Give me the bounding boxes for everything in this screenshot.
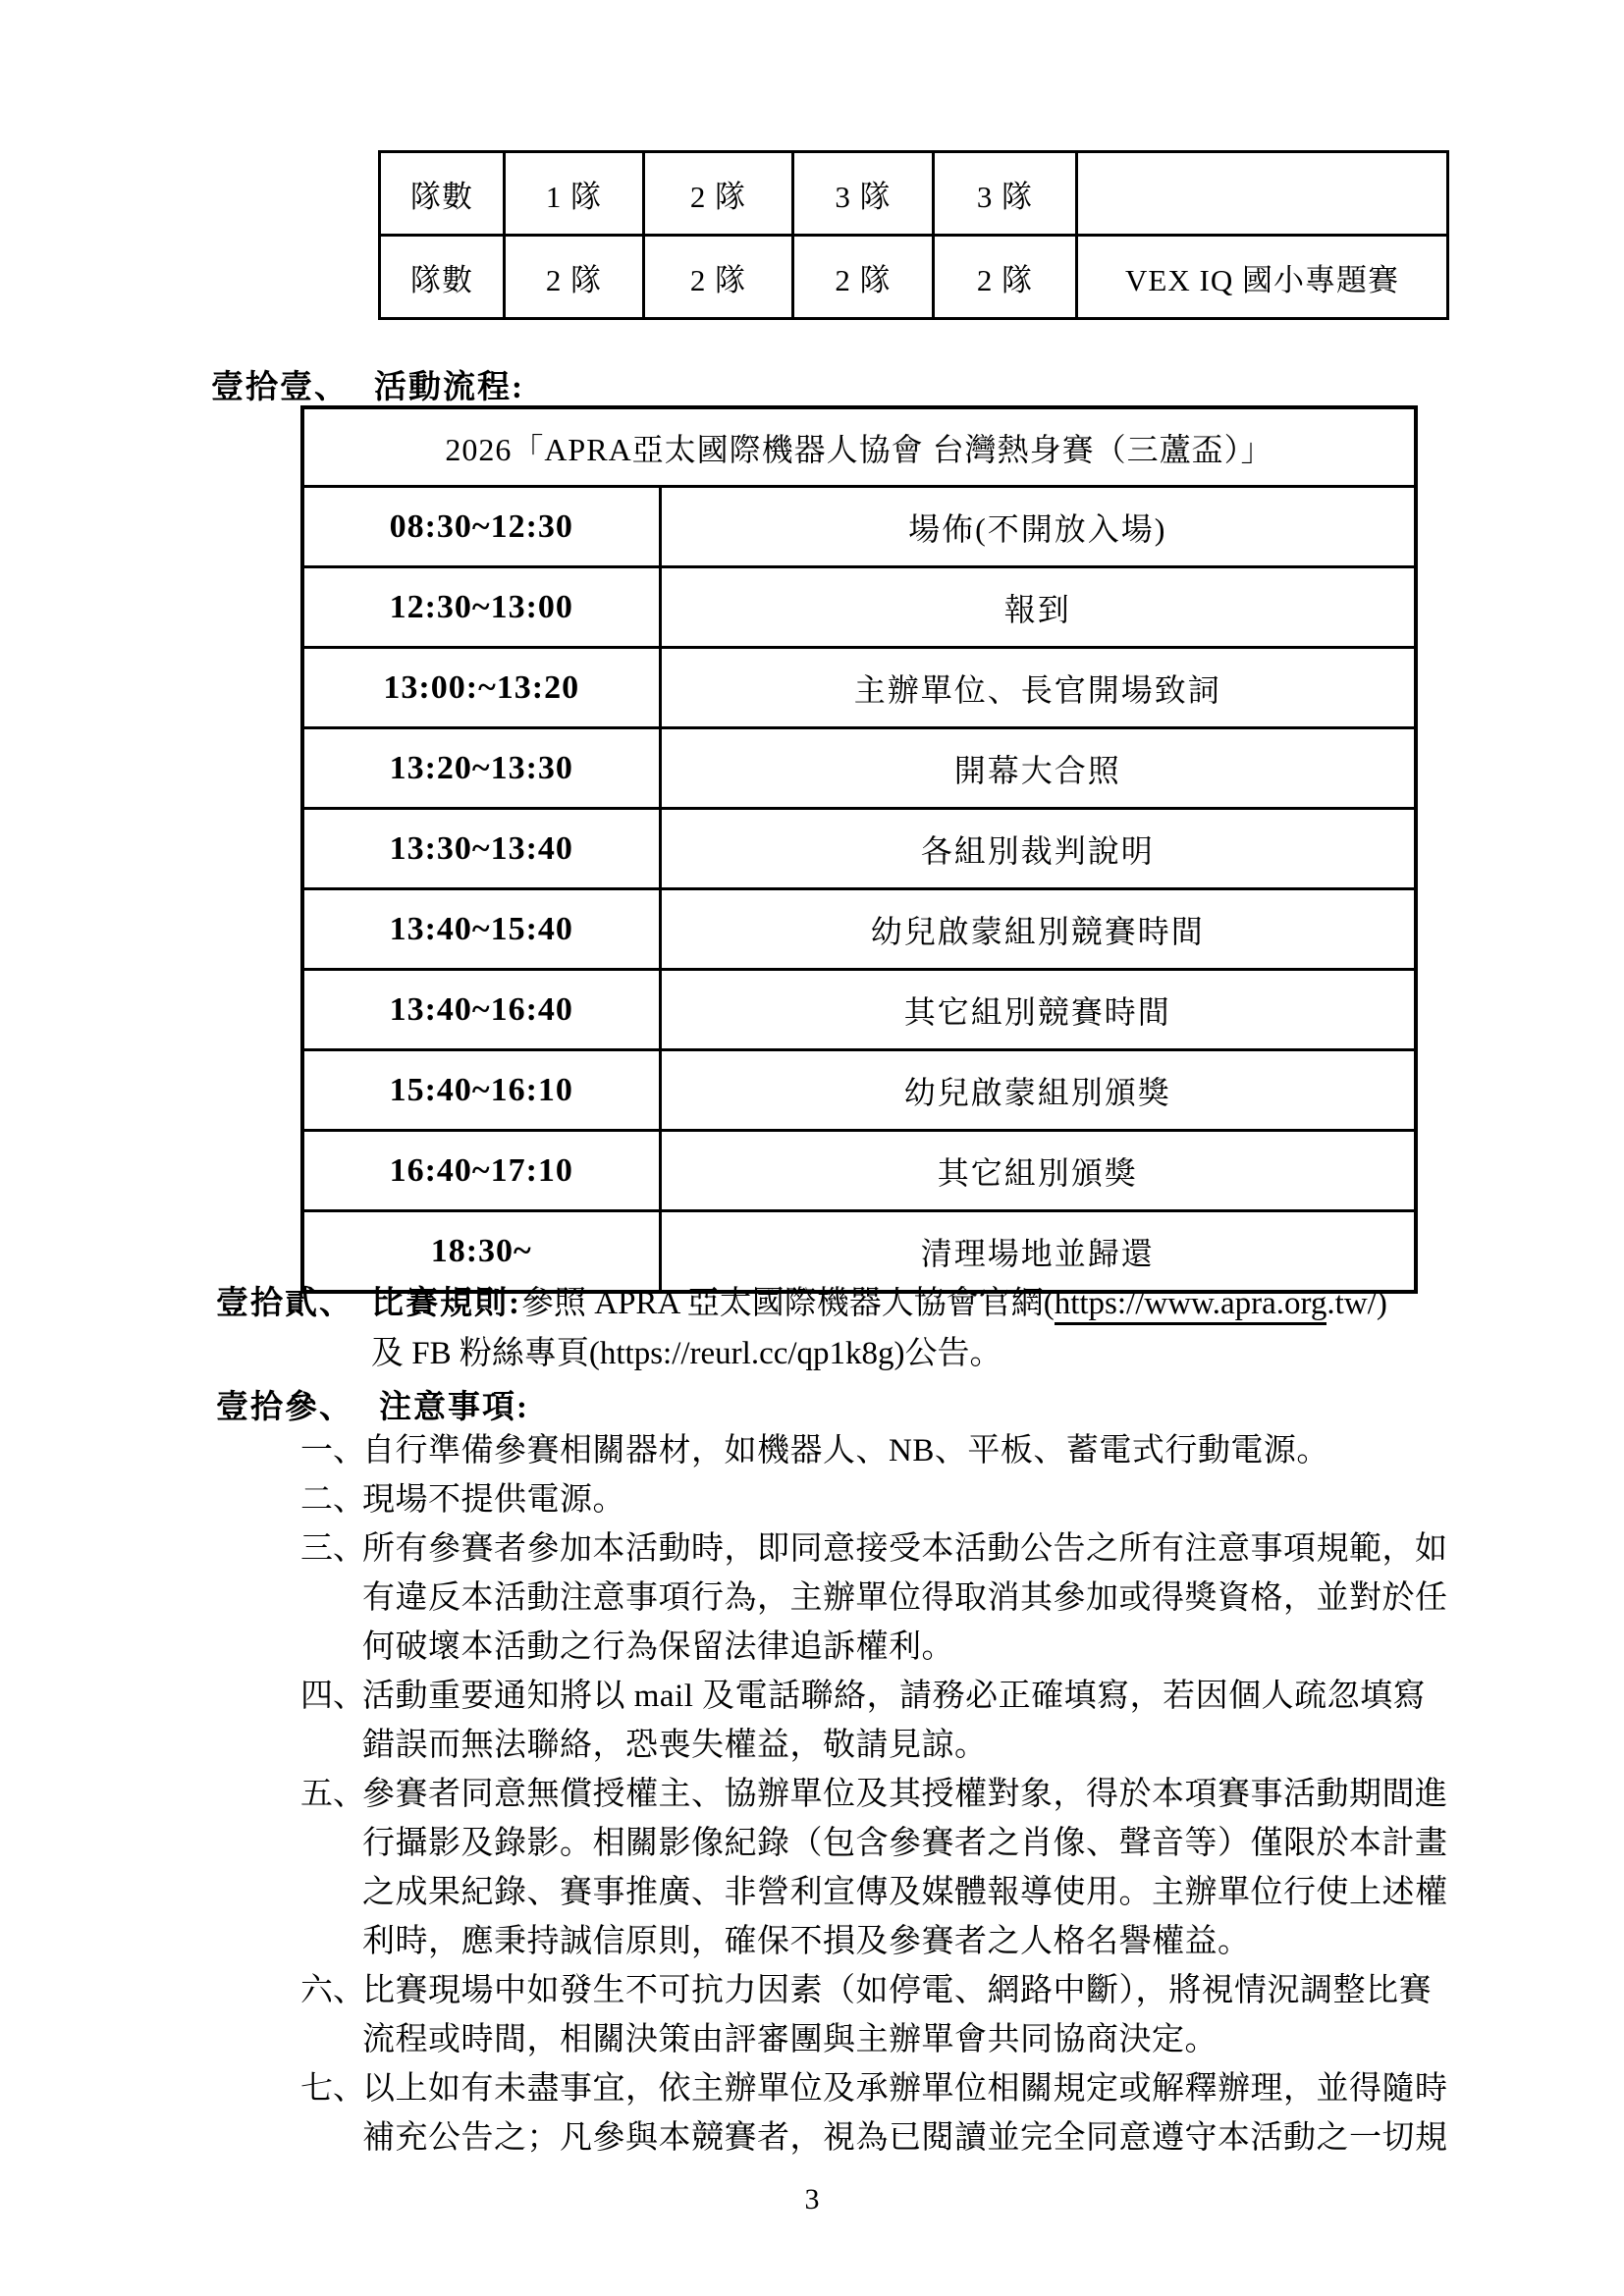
list-item: 二、 現場不提供電源。	[300, 1475, 1454, 1524]
list-item-text: 所有參賽者參加本活動時，即同意接受本活動公告之所有注意事項規範，如	[362, 1524, 1454, 1574]
time-cell: 13:20~13:30	[302, 728, 660, 809]
list-item-text: 補充公告之；凡參與本競賽者，視為已閱讀並完全同意遵守本活動之一切規	[362, 2113, 1454, 2163]
team-count-label: 隊數	[380, 236, 505, 319]
time-cell: 13:30~13:40	[302, 809, 660, 889]
list-item-text: 比賽現場中如發生不可抗力因素（如停電、網路中斷），將視情況調整比賽	[362, 1966, 1454, 2015]
team-count-cell: 2 隊	[644, 236, 793, 319]
schedule-row: 15:40~16:10 幼兒啟蒙組別頒獎	[302, 1050, 1416, 1131]
list-item-text: 之成果紀錄、賽事推廣、非營利宣傳及媒體報導使用。主辦單位行使上述權	[362, 1868, 1454, 1917]
activity-cell: 場佈(不開放入場)	[660, 487, 1416, 567]
rules-text: .tw/)	[1326, 1286, 1386, 1321]
list-item-text: 錯誤而無法聯絡，恐喪失權益，敬請見諒。	[362, 1721, 1454, 1770]
activity-cell: 各組別裁判說明	[660, 809, 1416, 889]
section-number: 壹拾貳、	[216, 1286, 353, 1321]
schedule-row: 13:20~13:30 開幕大合照	[302, 728, 1416, 809]
document-page: 隊數 1 隊 2 隊 3 隊 3 隊 隊數 2 隊 2 隊 2 隊 2 隊 VE…	[0, 0, 1624, 2296]
schedule-row: 13:40~15:40 幼兒啟蒙組別競賽時間	[302, 889, 1416, 970]
list-item-marker: 四、	[300, 1672, 362, 1721]
team-count-label: 隊數	[380, 152, 505, 236]
page-number: 3	[0, 2183, 1624, 2216]
rules-line-2: 及 FB 粉絲專頁(https://reurl.cc/qp1k8g)公告。	[216, 1329, 1492, 1379]
schedule-row: 16:40~17:10 其它組別頒獎	[302, 1131, 1416, 1211]
time-cell: 08:30~12:30	[302, 487, 660, 567]
activity-cell: 主辦單位、長官開場致詞	[660, 648, 1416, 728]
team-count-cell: 3 隊	[793, 152, 934, 236]
rules-line-1: 壹拾貳、比賽規則:參照 APRA 亞太國際機器人協會官網(https://www…	[216, 1279, 1492, 1329]
time-cell: 13:40~16:40	[302, 970, 660, 1050]
schedule-row: 13:00:~13:20 主辦單位、長官開場致詞	[302, 648, 1416, 728]
team-note-cell: VEX IQ 國小專題賽	[1077, 236, 1448, 319]
list-item: 三、 所有參賽者參加本活動時，即同意接受本活動公告之所有注意事項規範，如 有違反…	[300, 1524, 1454, 1672]
schedule-title-row: 2026「APRA亞太國際機器人協會 台灣熱身賽（三蘆盃）」	[302, 407, 1416, 487]
apra-website-link[interactable]: https://www.apra.org	[1055, 1286, 1327, 1325]
section-title: 注意事項:	[379, 1390, 529, 1425]
team-count-cell: 2 隊	[644, 152, 793, 236]
list-item-marker: 一、	[300, 1426, 362, 1475]
activity-cell: 幼兒啟蒙組別頒獎	[660, 1050, 1416, 1131]
team-note-cell	[1077, 152, 1448, 236]
team-count-cell: 2 隊	[793, 236, 934, 319]
activity-cell: 開幕大合照	[660, 728, 1416, 809]
team-count-cell: 3 隊	[934, 152, 1077, 236]
list-item: 七、 以上如有未盡事宜，依主辦單位及承辦單位相關規定或解釋辦理，並得隨時 補充公…	[300, 2064, 1454, 2163]
list-item-text: 有違反本活動注意事項行為，主辦單位得取消其參加或得獎資格，並對於任	[362, 1574, 1454, 1623]
section-heading-notes: 壹拾參、注意事項:	[216, 1381, 529, 1427]
time-cell: 13:40~15:40	[302, 889, 660, 970]
list-item-marker: 六、	[300, 1966, 362, 2015]
list-item-text: 行攝影及錄影。相關影像紀錄（包含參賽者之肖像、聲音等）僅限於本計畫	[362, 1819, 1454, 1868]
list-item-text: 流程或時間，相關決策由評審團與主辦單會共同協商決定。	[362, 2015, 1454, 2064]
section-number: 壹拾壹、	[211, 370, 349, 405]
schedule-title: 2026「APRA亞太國際機器人協會 台灣熱身賽（三蘆盃）」	[302, 407, 1416, 487]
section-title: 活動流程:	[374, 370, 524, 405]
list-item-text: 何破壞本活動之行為保留法律追訴權利。	[362, 1623, 1454, 1672]
list-item: 四、 活動重要通知將以 mail 及電話聯絡，請務必正確填寫，若因個人疏忽填寫 …	[300, 1672, 1454, 1770]
team-count-cell: 2 隊	[505, 236, 644, 319]
section-heading-activity-flow: 壹拾壹、活動流程:	[211, 361, 524, 407]
teams-table: 隊數 1 隊 2 隊 3 隊 3 隊 隊數 2 隊 2 隊 2 隊 2 隊 VE…	[378, 150, 1449, 320]
notes-list: 一、 自行準備參賽相關器材，如機器人、NB、平板、蓄電式行動電源。 二、 現場不…	[300, 1426, 1454, 2163]
activity-cell: 幼兒啟蒙組別競賽時間	[660, 889, 1416, 970]
list-item-text: 參賽者同意無償授權主、協辦單位及其授權對象，得於本項賽事活動期間進	[362, 1770, 1454, 1819]
schedule-row: 12:30~13:00 報到	[302, 567, 1416, 648]
schedule-row: 08:30~12:30 場佈(不開放入場)	[302, 487, 1416, 567]
section-title: 比賽規則:	[371, 1286, 521, 1321]
list-item-text: 利時，應秉持誠信原則，確保不損及參賽者之人格名譽權益。	[362, 1917, 1454, 1966]
teams-table-row: 隊數 1 隊 2 隊 3 隊 3 隊	[380, 152, 1448, 236]
team-count-cell: 1 隊	[505, 152, 644, 236]
list-item-marker: 三、	[300, 1524, 362, 1574]
section-number: 壹拾參、	[216, 1390, 353, 1425]
time-cell: 15:40~16:10	[302, 1050, 660, 1131]
teams-table-row: 隊數 2 隊 2 隊 2 隊 2 隊 VEX IQ 國小專題賽	[380, 236, 1448, 319]
list-item: 五、 參賽者同意無償授權主、協辦單位及其授權對象，得於本項賽事活動期間進 行攝影…	[300, 1770, 1454, 1966]
list-item-marker: 七、	[300, 2064, 362, 2113]
time-cell: 16:40~17:10	[302, 1131, 660, 1211]
team-count-cell: 2 隊	[934, 236, 1077, 319]
list-item: 六、 比賽現場中如發生不可抗力因素（如停電、網路中斷），將視情況調整比賽 流程或…	[300, 1966, 1454, 2064]
list-item: 一、 自行準備參賽相關器材，如機器人、NB、平板、蓄電式行動電源。	[300, 1426, 1454, 1475]
rules-text: 參照 APRA 亞太國際機器人協會官網(	[521, 1286, 1055, 1321]
time-cell: 12:30~13:00	[302, 567, 660, 648]
list-item-marker: 五、	[300, 1770, 362, 1819]
schedule-row: 13:40~16:40 其它組別競賽時間	[302, 970, 1416, 1050]
list-item-text: 自行準備參賽相關器材，如機器人、NB、平板、蓄電式行動電源。	[362, 1426, 1454, 1475]
activity-cell: 其它組別競賽時間	[660, 970, 1416, 1050]
list-item-marker: 二、	[300, 1475, 362, 1524]
list-item-text: 活動重要通知將以 mail 及電話聯絡，請務必正確填寫，若因個人疏忽填寫	[362, 1672, 1454, 1721]
time-cell: 13:00:~13:20	[302, 648, 660, 728]
list-item-text: 以上如有未盡事宜，依主辦單位及承辦單位相關規定或解釋辦理，並得隨時	[362, 2064, 1454, 2113]
section-rules: 壹拾貳、比賽規則:參照 APRA 亞太國際機器人協會官網(https://www…	[216, 1279, 1492, 1379]
activity-cell: 其它組別頒獎	[660, 1131, 1416, 1211]
activity-cell: 報到	[660, 567, 1416, 648]
schedule-table: 2026「APRA亞太國際機器人協會 台灣熱身賽（三蘆盃）」 08:30~12:…	[300, 405, 1418, 1294]
schedule-row: 13:30~13:40 各組別裁判說明	[302, 809, 1416, 889]
list-item-text: 現場不提供電源。	[362, 1475, 1454, 1524]
